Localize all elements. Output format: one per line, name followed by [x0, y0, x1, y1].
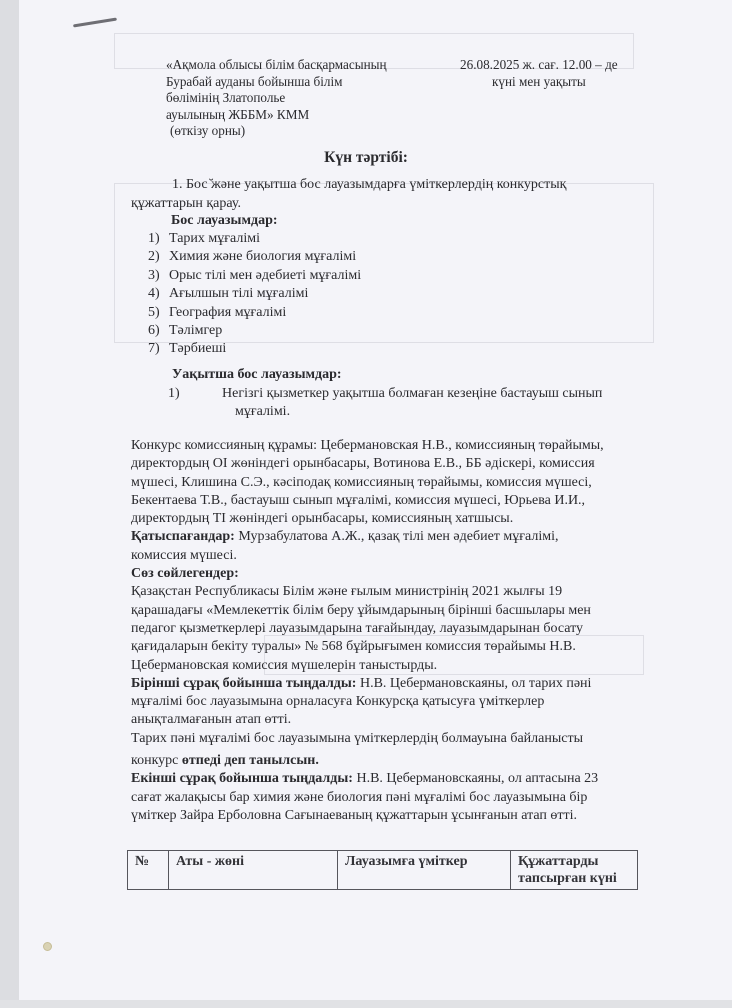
vacancies-section: Бос лауазымдар: 1)Тарих мұғалімі 2)Химия…	[148, 211, 548, 359]
speakers-label: Сөз сөйлегендер:	[131, 565, 641, 583]
commission-composition-line: директордың ТІ жөніндегі орынбасары, ком…	[131, 510, 641, 528]
vacancy-number: 3)	[148, 267, 169, 285]
organization-block: «Ақмола облысы білім басқармасының Бураб…	[166, 57, 426, 140]
vacancy-number: 1)	[148, 230, 169, 248]
paper-stain	[43, 942, 52, 951]
question-2-line: Екінші сұрақ бойынша тыңдалды: Н.В. Цебе…	[131, 770, 641, 788]
vacancy-item: 4)Ағылшын тілі мұғалімі	[148, 285, 548, 303]
question-1-label: Бірінші сұрақ бойынша тыңдалды:	[131, 676, 356, 691]
vacancy-number: 5)	[148, 304, 169, 322]
question-2-line: үміткер Зайра Ерболовна Сағынаеваның құж…	[131, 807, 641, 825]
table-header-row: № Аты - жөні Лауазымға үміткер Құжаттард…	[128, 851, 638, 890]
temporary-vacancies-section: Уақытша бос лауазымдар: 1) Негізгі қызме…	[172, 365, 642, 421]
vacancy-label: Тəрбиеші	[169, 340, 226, 358]
question-1-decision-line: конкурс өтпеді деп танылсын.	[131, 752, 641, 770]
absent-label: Қатыспағандар:	[131, 529, 235, 544]
meeting-datetime: 26.08.2025 ж. сағ. 12.00 – де	[460, 57, 660, 74]
vacancy-item: 2)Химия жəне биология мұғалімі	[148, 248, 548, 266]
speakers-line: Цебермановская комиссия мүшелерін таныст…	[131, 657, 641, 675]
question-1-text: Н.В. Цебермановскаяны, ол тарих пəні	[356, 676, 591, 691]
datetime-caption: күні мен уақыты	[460, 74, 660, 91]
commission-composition-line: Бекентаева Т.В., бастауыш сынып мұғалімі…	[131, 492, 641, 510]
absent-text: Мурзабулатова А.Ж., қазақ тілі мен əдеби…	[235, 529, 559, 544]
vacancy-item: 3)Орыс тілі мен əдебиеті мұғалімі	[148, 267, 548, 285]
temporary-vacancy-item: 1) Негізгі қызметкер уақытша болмаған ке…	[172, 384, 642, 403]
temporary-vacancy-number: 1)	[168, 384, 222, 403]
decision-prefix: конкурс	[131, 753, 182, 768]
organization-line: Бурабай ауданы бойынша білім	[166, 74, 426, 91]
vacancy-item: 1)Тарих мұғалімі	[148, 230, 548, 248]
column-number: №	[128, 851, 169, 890]
commission-composition-line: директордың ОІ жөніндегі орынбасары, Вот…	[131, 455, 641, 473]
agenda-title: Күн тәртібі:	[0, 148, 732, 168]
absent-line: комиссия мүшесі.	[131, 547, 641, 565]
vacancy-number: 7)	[148, 340, 169, 358]
scanned-page: «Ақмола облысы білім басқармасының Бураб…	[19, 0, 732, 1000]
organization-line: ауылының ЖББМ» КММ	[166, 107, 426, 124]
commission-composition-line: мүшесі, Клишина С.Э., кəсіподақ комиссия…	[131, 474, 641, 492]
question-1-decision-line: Тарих пəні мұғалімі бос лауазымына үмітк…	[131, 730, 641, 748]
minutes-body: Конкурс комиссияның құрамы: Цебермановск…	[131, 437, 641, 825]
column-full-name: Аты - жөні	[169, 851, 338, 890]
vacancies-list: 1)Тарих мұғалімі 2)Химия жəне биология м…	[148, 230, 548, 359]
vacancy-item: 7)Тəрбиеші	[148, 340, 548, 358]
organization-caption: (өткізу орны)	[166, 123, 426, 140]
question-2-label: Екінші сұрақ бойынша тыңдалды:	[131, 771, 353, 786]
column-position-candidate: Лауазымға үміткер	[338, 851, 511, 890]
organization-line: бөлімінің Златополье	[166, 90, 426, 107]
vacancy-number: 4)	[148, 285, 169, 303]
question-1-line: мұғалімі бос лауазымына орналасуға Конку…	[131, 693, 641, 711]
question-2-text: Н.В. Цебермановскаяны, ол аптасына 23	[353, 771, 598, 786]
vacancy-label: Химия жəне биология мұғалімі	[169, 248, 356, 266]
vacancy-number: 6)	[148, 322, 169, 340]
temporary-vacancy-label-cont: мұғалімі.	[172, 403, 642, 421]
vacancy-label: Орыс тілі мен əдебиеті мұғалімі	[169, 267, 361, 285]
temporary-vacancies-heading: Уақытша бос лауазымдар:	[172, 365, 642, 384]
organization-line: «Ақмола облысы білім басқармасының	[166, 57, 426, 74]
agenda-item-1: 1. Бос ̆жəне уақытша бос лауазымдарға үм…	[131, 175, 631, 213]
vacancy-item: 5)География мұғалімі	[148, 304, 548, 322]
agenda-item-1-line: 1. Бос ̆жəне уақытша бос лауазымдарға үм…	[131, 175, 631, 194]
speakers-line: қағидаларын бекіту туралы» № 568 бұйрығы…	[131, 638, 641, 656]
temporary-vacancy-label: Негізгі қызметкер уақытша болмаған кезең…	[222, 384, 602, 403]
datetime-block: 26.08.2025 ж. сағ. 12.00 – де күні мен у…	[460, 57, 660, 90]
speakers-line: Қазақстан Республикасы Білім жəне ғылым …	[131, 583, 641, 601]
scanner-bottom-edge	[0, 1000, 732, 1008]
vacancy-label: Тəлімгер	[169, 322, 222, 340]
speakers-line: педагог қызметкерлері лауазымдарына таға…	[131, 620, 641, 638]
candidates-table: № Аты - жөні Лауазымға үміткер Құжаттард…	[127, 850, 638, 890]
pen-stroke-mark	[73, 18, 117, 28]
vacancy-number: 2)	[148, 248, 169, 266]
vacancies-heading: Бос лауазымдар:	[148, 211, 548, 230]
decision-result: өтпеді деп танылсын.	[182, 753, 319, 768]
question-2-line: сағат жалақысы бар химия жəне биология п…	[131, 789, 641, 807]
vacancy-label: География мұғалімі	[169, 304, 286, 322]
column-submission-date: Құжаттарды тапсырған күні	[511, 851, 638, 890]
question-1-line: анықталмағанын атап өтті.	[131, 711, 641, 729]
vacancy-label: Тарих мұғалімі	[169, 230, 260, 248]
commission-composition-line: Конкурс комиссияның құрамы: Цебермановск…	[131, 437, 641, 455]
question-1-line: Бірінші сұрақ бойынша тыңдалды: Н.В. Цеб…	[131, 675, 641, 693]
speakers-line: қарашадағы «Мемлекеттік білім беру ұйымд…	[131, 602, 641, 620]
vacancy-label: Ағылшын тілі мұғалімі	[169, 285, 308, 303]
vacancy-item: 6)Тəлімгер	[148, 322, 548, 340]
absent-line: Қатыспағандар: Мурзабулатова А.Ж., қазақ…	[131, 528, 641, 546]
